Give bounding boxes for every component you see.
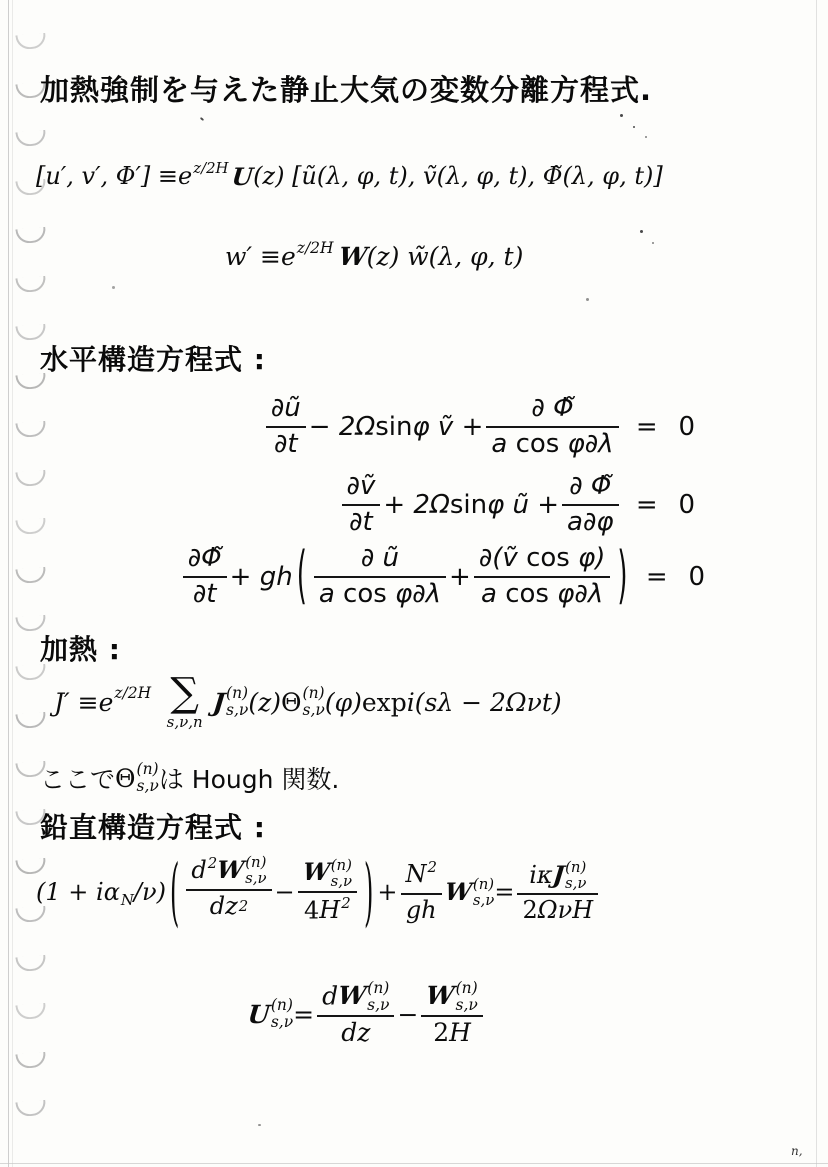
scan-speck: [633, 126, 635, 128]
page-edge-line-right: [816, 0, 817, 1167]
heading-horizontal-structure: 水平構造方程式 :: [40, 338, 266, 378]
binding-hole: [15, 1051, 46, 1069]
binding-hole: [15, 1003, 46, 1021]
binding-hole: [15, 1100, 46, 1118]
binding-hole: [15, 518, 46, 536]
scan-speck: [645, 136, 647, 138]
scan-speck: [258, 1124, 261, 1126]
scan-speck: [620, 114, 623, 117]
scan-speck: [586, 298, 589, 301]
equation-u-from-w: U(n)s,ν = dW(n)s,νdz − W(n)s,ν2H: [248, 980, 486, 1048]
binding-hole: [15, 566, 46, 584]
scan-speck: [652, 242, 654, 244]
binding-hole: [15, 469, 46, 487]
equation-uvphi-separation-definition: [u′, v′, Φ′] ≡ ez/2H U(z) [ũ(λ, φ, t), ṽ…: [36, 160, 663, 192]
binding-hole: [15, 130, 46, 148]
scanned-notes-page: 加熱強制を与えた静止大気の変数分離方程式. [u′, v′, Φ′] ≡ ez/…: [0, 0, 828, 1167]
binding-hole: [15, 33, 46, 51]
scan-speck: [200, 117, 204, 121]
binding-hole: [15, 227, 46, 245]
heading-vertical-structure: 鉛直構造方程式 :: [40, 806, 266, 846]
page-title: 加熱強制を与えた静止大気の変数分離方程式.: [40, 68, 652, 109]
note-hough-function: ここで Θ(n)s,ν は Hough 関数.: [40, 760, 339, 796]
corner-scan-mark: n,: [791, 1144, 803, 1158]
equation-vertical-structure: (1 + iα N/ν) (d2 W(n)s,νdz2 − W(n)s,ν4H2…: [36, 854, 601, 930]
page-edge-line-left: [8, 0, 9, 1167]
page-edge-shadow-left: [12, 0, 13, 1167]
binding-hole: [15, 275, 46, 293]
equation-w-separation-definition: w′ ≡ ez/2H W(z) w̃(λ, φ, t): [225, 240, 523, 273]
binding-hole: [15, 712, 46, 730]
equation-horizontal-continuity: ∂Φ̃∂t + gh (∂ ũa cos φ∂λ + ∂(ṽ cos φ)a c…: [180, 544, 705, 610]
page-edge-line-bottom: [0, 1163, 828, 1164]
heading-heating: 加熱 :: [40, 628, 121, 668]
equation-heating-expansion: J′ ≡ ez/2H ∑s,ν,nJ(n)s,ν(z) Θ(n)s,ν(φ) e…: [54, 674, 562, 730]
scan-speck: [112, 286, 115, 289]
scan-speck: [640, 230, 643, 233]
binding-hole: [15, 954, 46, 972]
equation-horizontal-momentum-v: ∂ṽ∂t + 2Ω sin φ ũ + ∂ Φ̃a∂φ=0: [339, 472, 695, 538]
equation-horizontal-momentum-u: ∂ũ∂t − 2Ω sin φ ṽ + ∂ Φ̃a cos φ∂λ=0: [263, 394, 695, 460]
binding-hole: [15, 421, 46, 439]
